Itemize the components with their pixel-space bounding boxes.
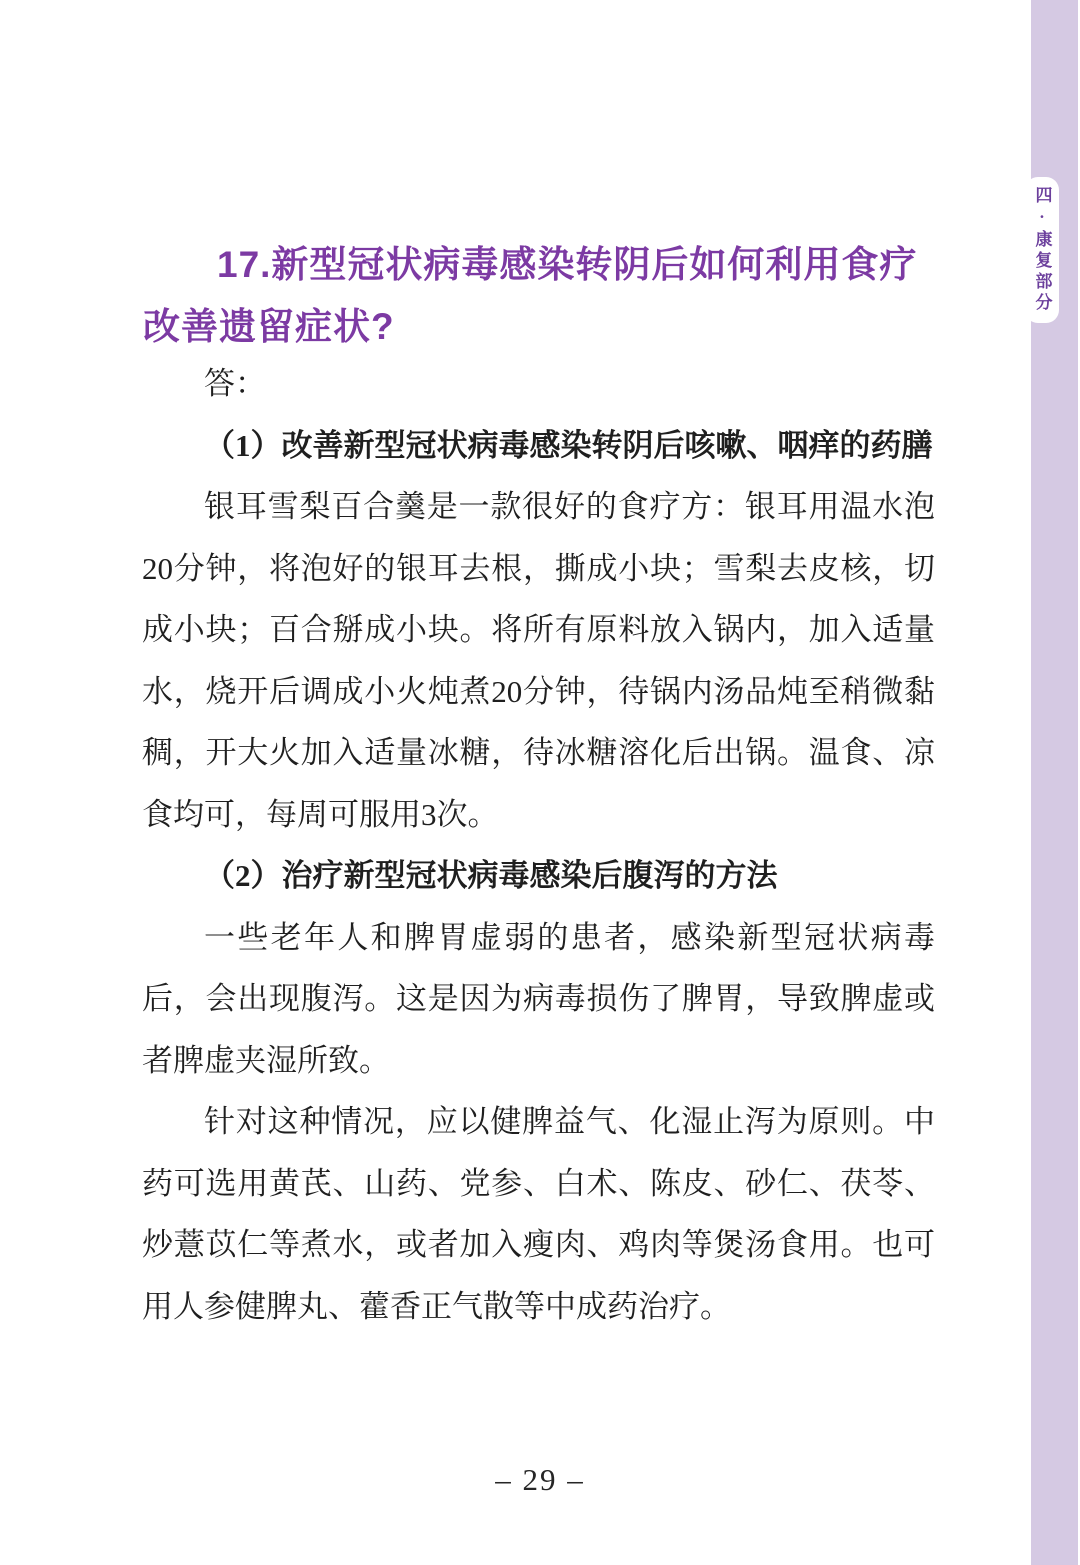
section-tab-label: 四·康复部分: [1034, 186, 1051, 314]
section-1-paragraph: 银耳雪梨百合羹是一款很好的食疗方：银耳用温水泡20分钟，将泡好的银耳去根，撕成小…: [142, 476, 935, 845]
answer-label: 答：: [142, 353, 935, 415]
section-2-paragraph-2: 针对这种情况，应以健脾益气、化湿止泻为原则。中药可选用黄芪、山药、党参、白术、陈…: [142, 1091, 935, 1337]
book-page: 四·康复部分 17.新型冠状病毒感染转阴后如何利用食疗改善遗留症状? 答： （1…: [0, 0, 1080, 1565]
section-tab: 四·康复部分: [1025, 177, 1059, 323]
section-1-heading: （1）改善新型冠状病毒感染转阴后咳嗽、咽痒的药膳: [142, 415, 935, 477]
side-strip: 四·康复部分: [1031, 0, 1078, 1565]
answer-content: 答： （1）改善新型冠状病毒感染转阴后咳嗽、咽痒的药膳 银耳雪梨百合羹是一款很好…: [142, 353, 935, 1337]
section-2-heading: （2）治疗新型冠状病毒感染后腹泻的方法: [142, 845, 935, 907]
section-2-paragraph-1: 一些老年人和脾胃虚弱的患者，感染新型冠状病毒后，会出现腹泻。这是因为病毒损伤了脾…: [142, 907, 935, 1092]
page-number: – 29 –: [0, 1462, 1080, 1498]
question-title: 17.新型冠状病毒感染转阴后如何利用食疗改善遗留症状?: [143, 234, 943, 358]
